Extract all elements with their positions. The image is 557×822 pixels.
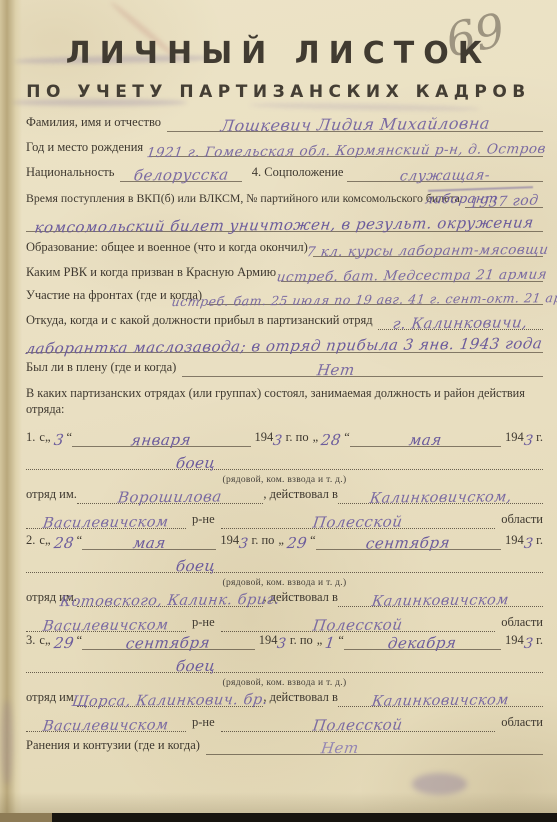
service-entry-dates: 2. с „ 28 “ мая 194 3 г. по „ 29 “ сентя…: [26, 526, 543, 550]
service-entry-dates: 1. с „ 3 “ января 194 3 г. по „ 28 “ мая…: [26, 423, 543, 447]
field-label: Образование: общее и военное (что и когд…: [26, 240, 308, 257]
handwritten-unit: Ворошилова: [117, 487, 223, 506]
field-row-arrival: Откуда, когда и с какой должности прибыл…: [26, 306, 543, 330]
service-entry-unit: отряд им. Щорса, Калинкович. бр. , дейст…: [26, 683, 543, 707]
handwritten-value: Нет: [320, 739, 360, 757]
handwritten-position: боец: [175, 454, 217, 472]
field-row-rvk: Каким РВК и когда призван в Красную Арми…: [26, 258, 543, 282]
page-subtitle: ПО УЧЕТУ ПАРТИЗАНСКИХ КАДРОВ: [0, 82, 557, 102]
service-entry-unit: отряд им. Ворошилова , действовал в Кали…: [26, 480, 543, 504]
field-label: Год и место рождения: [26, 140, 143, 157]
units-header-line1: В каких партизанских отрядах (или группа…: [26, 386, 543, 402]
field-label: Национальность: [26, 165, 114, 182]
service-entry-position: боец: [26, 447, 543, 470]
field-label: Каким РВК и когда призван в Красную Арми…: [26, 265, 276, 282]
handwritten-position: боец: [175, 557, 217, 575]
field-line: Нет: [182, 353, 543, 377]
page-left-edge: [0, 0, 22, 822]
field-row-education: Образование: общее и военное (что и когд…: [26, 233, 543, 257]
service-entry-position: боец: [26, 550, 543, 573]
field-row-fronts: Участие на фронтах (где и когда) истреб.…: [26, 281, 543, 305]
field-row-arrival2: лаборантка маслозавода; в отряд прибыла …: [26, 329, 543, 353]
field-row-party-note: комсомольский билет уничтожен, в результ…: [26, 208, 543, 232]
service-entry-unit: отряд им. Котовского, Калинк. бриг. , де…: [26, 583, 543, 607]
field-line: г. Калинковичи,: [378, 306, 543, 330]
entry-index: 3.: [26, 633, 35, 650]
field-line: истреб. бат. 25 июля по 19 авг. 41 г. се…: [207, 281, 543, 305]
field-label: 4. Соцположение: [252, 165, 344, 182]
units-header-line2: отряда:: [26, 402, 543, 418]
field-row-wounds: Ранения и контузии (где и когда) Нет: [26, 731, 543, 755]
handwritten-position: боец: [175, 657, 217, 675]
field-line: Нет: [206, 731, 543, 755]
handwritten-correction: лаборант: [425, 191, 498, 207]
field-line: Лошкевич Лидия Михайловна: [167, 108, 543, 132]
field-line: комсомольский билет уничтожен, в результ…: [26, 208, 543, 232]
field-row-nationality: Национальность белорусска 4. Соцположени…: [26, 158, 543, 182]
entry-index: 2.: [26, 533, 35, 550]
page-title: ЛИЧНЫЙ ЛИСТОК: [0, 36, 557, 71]
field-line: белорусска: [120, 158, 241, 182]
scanned-document-page: 69 ЛИЧНЫЙ ЛИСТОК ПО УЧЕТУ ПАРТИЗАНСКИХ К…: [0, 0, 557, 822]
field-label: Время поступления в ВКП(б) или ВЛКСМ, № …: [26, 191, 460, 208]
handwritten-value: белорусска: [133, 166, 230, 185]
scan-bottom-corner: [0, 813, 52, 822]
units-section-header: В каких партизанских отрядах (или группа…: [26, 386, 543, 418]
handwritten-value: Нет: [316, 361, 356, 379]
field-row-captivity: Был ли в плену (где и когда) Нет: [26, 353, 543, 377]
field-label: Откуда, когда и с какой должности прибыл…: [26, 313, 373, 330]
entry-index: 1.: [26, 430, 35, 447]
field-line: 1921 г. Гомельская обл. Кормянский р-н, …: [149, 133, 543, 157]
service-entry-dates: 3. с „ 29 “ сентября 194 3 г. по „ 1 “ д…: [26, 626, 543, 650]
field-line: лаборантка маслозавода; в отряд прибыла …: [26, 329, 543, 353]
field-line: служащая-: [347, 158, 543, 182]
field-row-name: Фамилия, имя и отчество Лошкевич Лидия М…: [26, 108, 543, 132]
field-label: Фамилия, имя и отчество: [26, 115, 161, 132]
field-line: 7 кл. курсы лаборант-мясовщи: [313, 233, 543, 257]
field-label: Был ли в плену (где и когда): [26, 360, 176, 377]
field-label: Ранения и контузии (где и когда): [26, 738, 200, 755]
field-row-birth: Год и место рождения 1921 г. Гомельская …: [26, 133, 543, 157]
service-entry-position: боец: [26, 650, 543, 673]
service-entry-region: Василевичском р-не Полесской области: [26, 708, 543, 732]
field-line: истреб. бат. Медсестра 21 армия: [281, 258, 543, 282]
scan-edge-bar: [52, 813, 557, 822]
handwritten-value: служащая-: [399, 168, 491, 185]
